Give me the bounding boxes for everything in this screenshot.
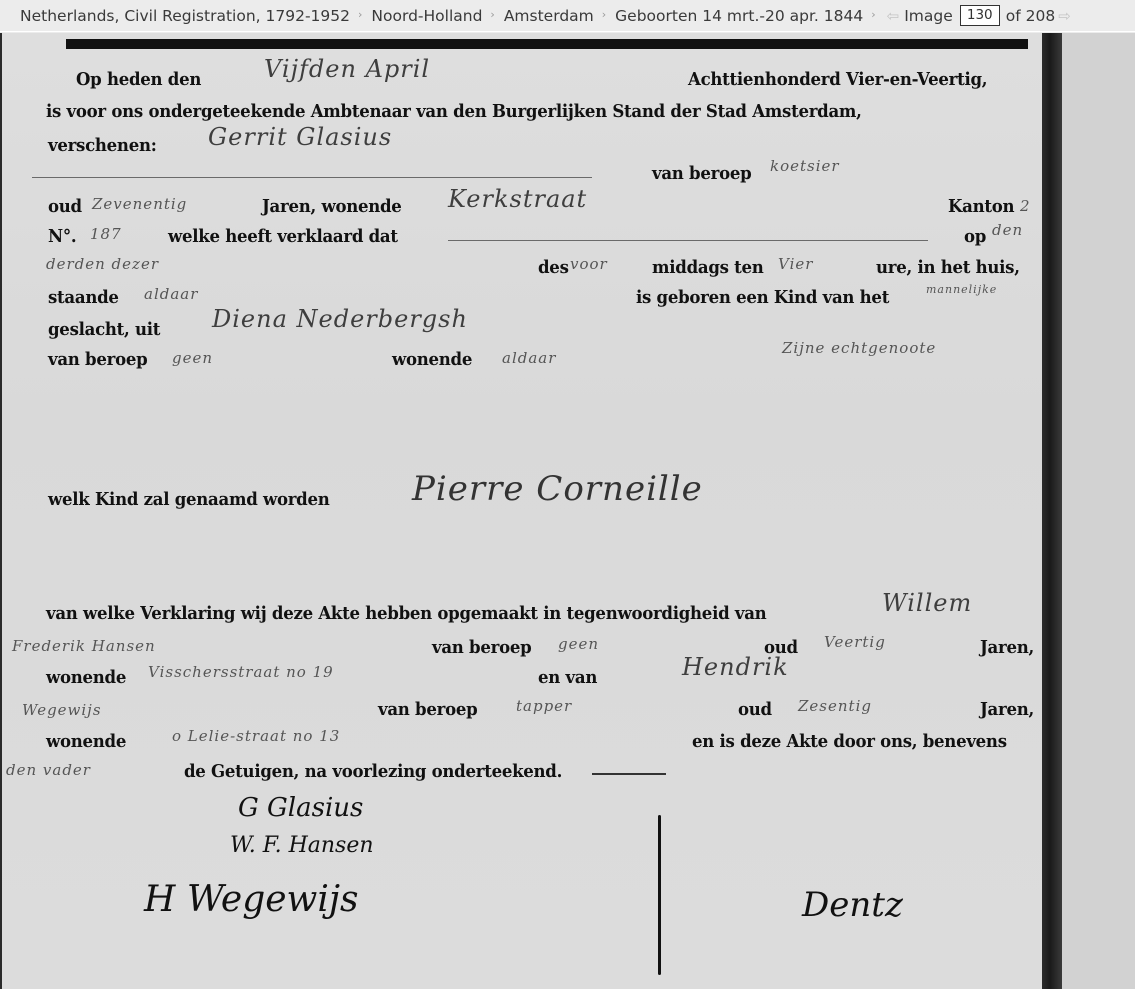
document-page: Op heden den Vijfden April Achttienhonde… <box>2 33 1044 989</box>
signature-declarant: G Glasius <box>238 793 363 823</box>
handwritten-sex: mannelijke <box>926 283 997 296</box>
handwritten-witness1-residence: Visschersstraat no 19 <box>148 663 334 681</box>
printed-text: Jaren, <box>980 637 1034 658</box>
header-rule <box>66 39 1028 49</box>
handwritten-relation: Zijne echtgenoote <box>782 339 936 357</box>
signature-official: Dentz <box>802 885 903 925</box>
next-image-arrow-icon[interactable]: ⇨ <box>1058 7 1071 25</box>
handwritten-witness2-first: Hendrik <box>682 653 789 681</box>
printed-text: ure, in het huis, <box>876 257 1020 278</box>
breadcrumb-volume[interactable]: Geboorten 14 mrt.-20 apr. 1844 <box>615 7 863 25</box>
printed-text: wonende <box>46 667 126 688</box>
handwritten-mother-residence: aldaar <box>502 349 556 367</box>
printed-text: van beroep <box>378 699 477 720</box>
handwritten-child-name: Pierre Corneille <box>412 469 703 509</box>
printed-text: van beroep <box>432 637 531 658</box>
printed-text: is voor ons ondergeteekende Ambtenaar va… <box>46 101 862 122</box>
printed-text: Achttienhonderd Vier-en-Veertig, <box>688 69 987 90</box>
handwritten-street: Kerkstraat <box>448 185 587 213</box>
breadcrumb-separator-icon: › <box>871 8 875 21</box>
handwritten-witness2-residence: o Lelie-straat no 13 <box>172 727 340 745</box>
printed-text: verschenen: <box>48 135 157 156</box>
signature-witness1: W. F. Hansen <box>230 833 374 858</box>
image-number-input[interactable]: 130 <box>960 5 1000 26</box>
printed-text: van welke Verklaring wij deze Akte hebbe… <box>46 603 766 624</box>
handwritten-day: derden dezer <box>46 255 159 273</box>
printed-text: welk Kind zal genaamd worden <box>48 489 330 510</box>
printed-text: Jaren, wonende <box>262 196 402 217</box>
printed-text: N°. <box>48 226 76 247</box>
breadcrumb-province[interactable]: Noord-Holland <box>371 7 482 25</box>
printed-text: geslacht, uit <box>48 319 160 340</box>
handwritten-witness1-first: Willem <box>882 589 972 617</box>
breadcrumb-separator-icon: › <box>358 8 362 21</box>
book-binding-edge <box>1042 33 1062 989</box>
handwritten-number: 187 <box>90 225 122 243</box>
handwritten-margin-note: den vader <box>6 761 91 779</box>
breadcrumb-collection[interactable]: Netherlands, Civil Registration, 1792-19… <box>20 7 350 25</box>
printed-text: oud <box>738 699 772 720</box>
signature-witness2: H Wegewijs <box>144 879 359 920</box>
handwritten-witness1-name: Frederik Hansen <box>12 637 156 655</box>
image-label: Image <box>904 7 953 25</box>
handwritten-age: Zevenentig <box>92 195 187 213</box>
printed-text: van beroep <box>652 163 751 184</box>
printed-text: op <box>964 226 986 247</box>
fill-line <box>448 240 928 241</box>
previous-image-arrow-icon[interactable]: ⇦ <box>887 7 900 25</box>
handwritten-op-day: den <box>992 221 1023 239</box>
handwritten-hour: Vier <box>778 255 813 273</box>
handwritten-date: Vijfden April <box>264 55 430 83</box>
handwritten-mother: Diena Nederbergsh <box>212 305 468 333</box>
printed-text: is geboren een Kind van het <box>636 287 889 308</box>
adjacent-page <box>1062 33 1135 989</box>
image-viewer[interactable]: Op heden den Vijfden April Achttienhonde… <box>0 33 1135 989</box>
handwritten-ampm: voor <box>570 255 608 273</box>
handwritten-mother-occupation: geen <box>172 349 213 367</box>
breadcrumb-separator-icon: › <box>602 8 606 21</box>
fill-line <box>592 773 666 775</box>
handwritten-witness2-occupation: tapper <box>516 697 572 715</box>
printed-text: staande <box>48 287 119 308</box>
breadcrumb-bar: Netherlands, Civil Registration, 1792-19… <box>0 0 1135 32</box>
handwritten-kanton: 2 <box>1020 197 1031 215</box>
handwritten-location: aldaar <box>144 285 198 303</box>
printed-text: Jaren, <box>980 699 1034 720</box>
fill-line <box>32 177 592 178</box>
handwritten-declarant: Gerrit Glasius <box>208 123 392 151</box>
printed-text: van beroep <box>48 349 147 370</box>
printed-text: wonende <box>392 349 472 370</box>
printed-text: Kanton <box>948 196 1014 217</box>
printed-text: welke heeft verklaard dat <box>168 226 398 247</box>
signature-divider <box>658 815 661 975</box>
breadcrumb-city[interactable]: Amsterdam <box>504 7 594 25</box>
handwritten-witness2-age: Zesentig <box>798 697 872 715</box>
printed-text: oud <box>48 196 82 217</box>
image-total: of 208 <box>1006 7 1055 25</box>
handwritten-occupation: koetsier <box>770 157 840 175</box>
printed-text: des <box>538 257 569 278</box>
printed-text: wonende <box>46 731 126 752</box>
handwritten-witness1-age: Veertig <box>824 633 886 651</box>
printed-text: middags ten <box>652 257 764 278</box>
printed-text: Op heden den <box>76 69 201 90</box>
printed-text: en van <box>538 667 597 688</box>
handwritten-witness1-occupation: geen <box>558 635 599 653</box>
printed-text: en is deze Akte door ons, benevens <box>692 731 1007 752</box>
breadcrumb-separator-icon: › <box>490 8 494 21</box>
handwritten-witness2-name: Wegewijs <box>22 701 102 719</box>
printed-text: de Getuigen, na voorlezing onderteekend. <box>184 761 562 782</box>
